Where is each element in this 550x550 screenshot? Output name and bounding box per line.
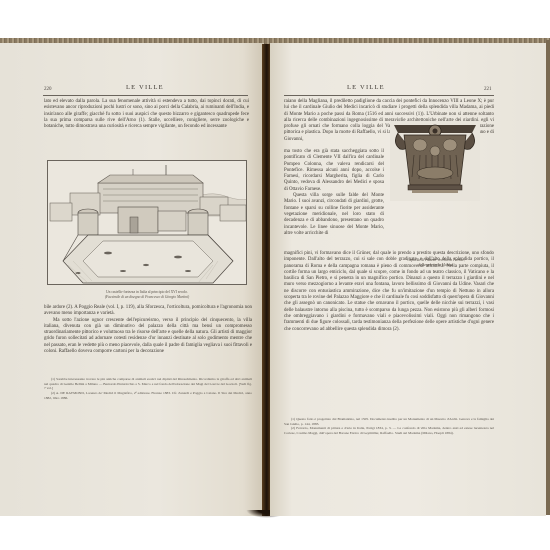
left-running-head: LE VILLE	[126, 84, 164, 91]
castle-fortress-engraving	[47, 160, 247, 285]
castle-illustration-icon	[48, 161, 247, 285]
left-page-number: 220	[44, 87, 52, 92]
left-body-text: bile ardore (2). A Poggio Reale (vol. I,…	[44, 305, 252, 355]
right-wrap-text: ma tosto che era già stata saccheggiata …	[284, 149, 384, 237]
right-running-head: LE VILLE	[347, 84, 385, 91]
left-top-paragraph: lato ed elevato dalla parola. La sua fen…	[44, 99, 249, 130]
left-head-rule	[43, 95, 248, 96]
right-head-rule	[284, 95, 494, 96]
carved-capital-icon	[390, 121, 480, 201]
left-figure-caption: Un castello-fortezza in Italia al princi…	[47, 290, 247, 300]
right-footnotes: (1) Questo fatto è progettato dal Braman…	[284, 417, 494, 436]
corinthian-capital-photo	[390, 121, 480, 201]
right-figure-caption: Capitello di Palazzo Vecchio in Firenze,…	[390, 258, 482, 268]
book-cover-right-edge	[546, 40, 550, 515]
open-book-photo: 220 LE VILLE lato ed elevato dalla parol…	[0, 0, 550, 550]
right-page: LE VILLE 221 raiano della Magliana, il p…	[270, 43, 546, 516]
left-page: 220 LE VILLE lato ed elevato dalla parol…	[0, 43, 264, 516]
right-page-number: 221	[484, 87, 492, 92]
left-footnotes: (1) Sarebbe interessante trovare le più …	[44, 377, 252, 401]
